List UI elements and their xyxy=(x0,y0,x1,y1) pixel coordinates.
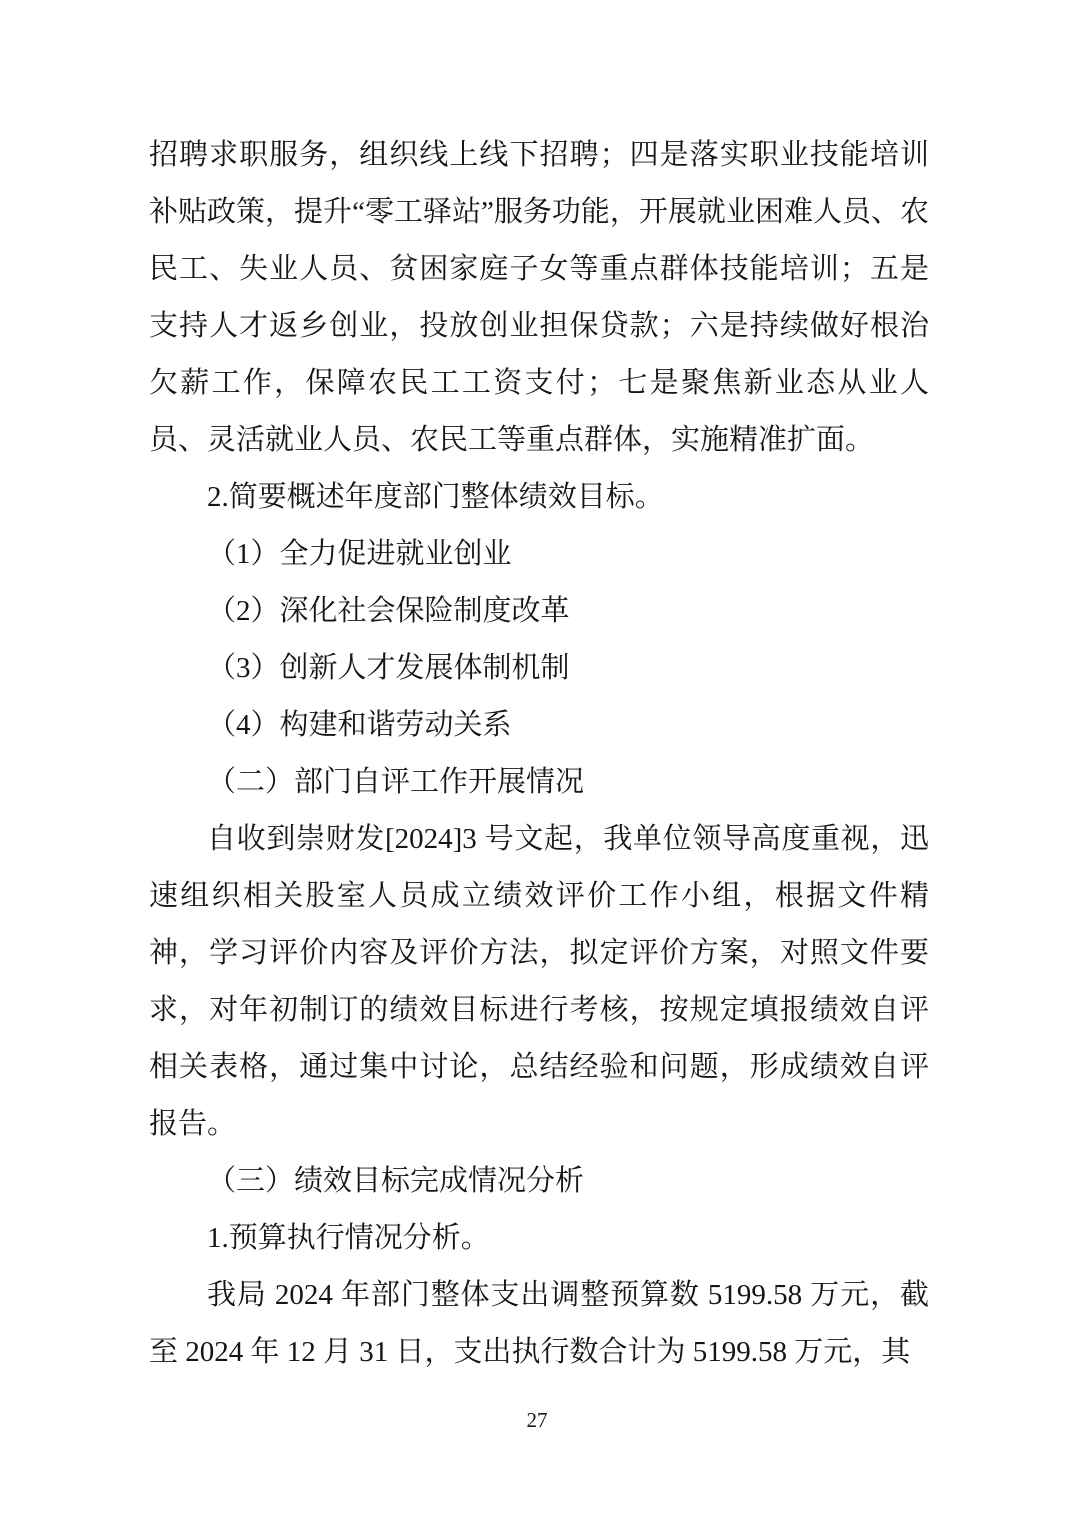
paragraph: （2）深化社会保险制度改革 xyxy=(149,583,929,640)
document-page: 招聘求职服务，组织线上线下招聘；四是落实职业技能培训补贴政策，提升“零工驿站”服… xyxy=(0,0,1074,1520)
paragraph: 招聘求职服务，组织线上线下招聘；四是落实职业技能培训补贴政策，提升“零工驿站”服… xyxy=(149,127,929,469)
paragraph: （三）绩效目标完成情况分析 xyxy=(149,1153,929,1210)
paragraph: 自收到崇财发[2024]3 号文起，我单位领导高度重视，迅速组织相关股室人员成立… xyxy=(149,811,929,1153)
paragraph: （1）全力促进就业创业 xyxy=(149,526,929,583)
page-body: 招聘求职服务，组织线上线下招聘；四是落实职业技能培训补贴政策，提升“零工驿站”服… xyxy=(149,127,929,1381)
paragraph: 我局 2024 年部门整体支出调整预算数 5199.58 万元，截至 2024 … xyxy=(149,1267,929,1381)
paragraph: 2.简要概述年度部门整体绩效目标。 xyxy=(149,469,929,526)
page-number: 27 xyxy=(0,1406,1074,1434)
paragraph: （二）部门自评工作开展情况 xyxy=(149,754,929,811)
paragraph: （3）创新人才发展体制机制 xyxy=(149,640,929,697)
paragraph: 1.预算执行情况分析。 xyxy=(149,1210,929,1267)
paragraph: （4）构建和谐劳动关系 xyxy=(149,697,929,754)
